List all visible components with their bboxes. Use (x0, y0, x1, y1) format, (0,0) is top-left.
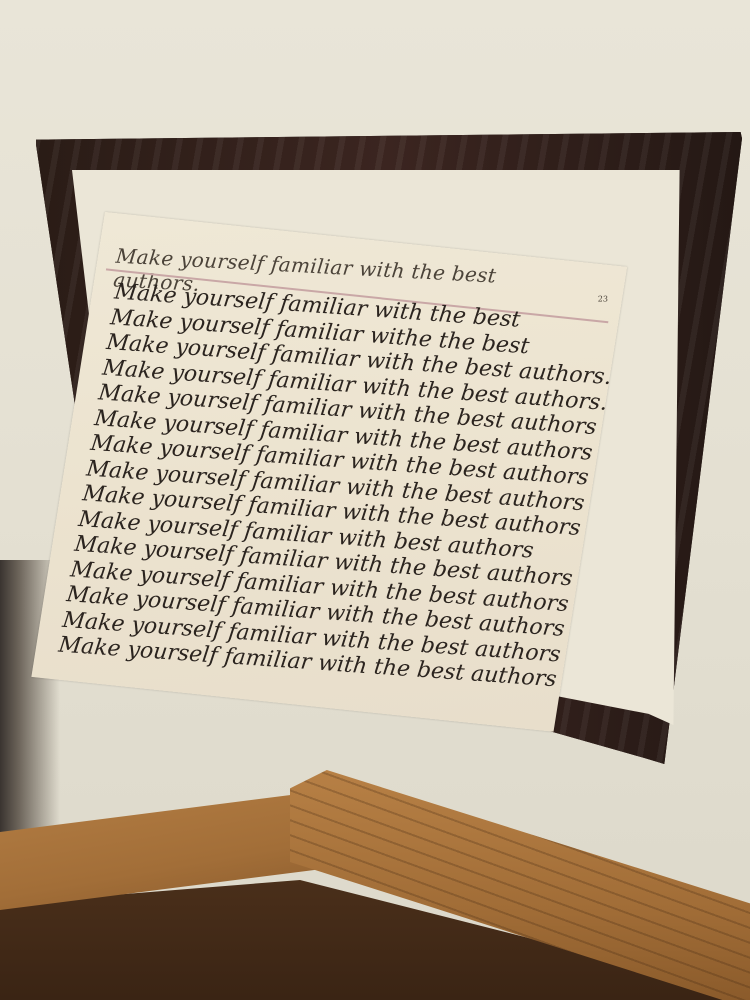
page-number: 23 (597, 295, 608, 304)
penmanship-sheet: Make yourself familiar with the best aut… (31, 212, 627, 732)
handwriting-lines: Make yourself familiar with the best Mak… (57, 280, 611, 710)
